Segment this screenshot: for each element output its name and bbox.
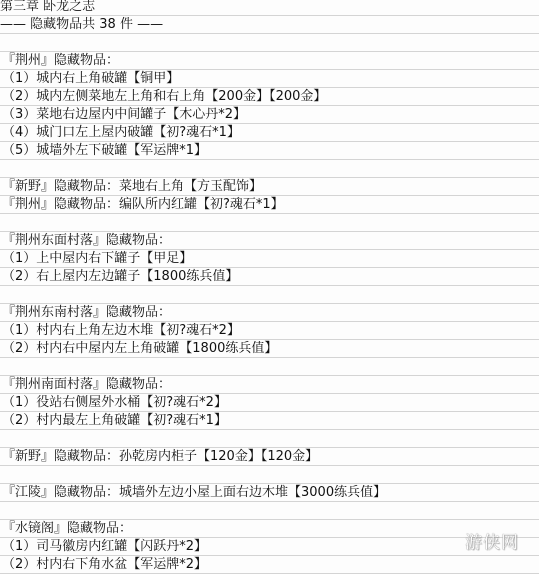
blank-row [0,430,539,448]
list-item: （3）菜地右边屋内中间罐子【木心丹*2】 [0,106,539,124]
section-heading-jingzhou-southeast-village: 『荆州东南村落』隐藏物品： [0,304,539,322]
section-heading-jingzhou-south-village: 『荆州南面村落』隐藏物品： [0,376,539,394]
blank-row [0,34,539,52]
watermark-logo: 游侠网 [465,528,519,553]
list-item: （2）村内最左上角破罐【初?魂石*1】 [0,412,539,430]
blank-row [0,286,539,304]
list-item: （2）村内右中屋内左上角破罐【1800练兵值】 [0,340,539,358]
list-item: （1）役站右侧屋外水桶【初?魂石*2】 [0,394,539,412]
blank-row [0,466,539,484]
chapter-title: 第三章 卧龙之志 [0,0,539,16]
list-item: （5）城墙外左下破罐【军运牌*1】 [0,142,539,160]
item-count-heading: —— 隐藏物品共 38 件 —— [0,16,539,34]
section-heading-jingzhou-east-village: 『荆州东面村落』隐藏物品： [0,232,539,250]
section-heading-xinye: 『新野』隐藏物品：菜地右上角【方玉配饰】 [0,178,539,196]
list-item: （1）上中屋内右下罐子【甲足】 [0,250,539,268]
section-heading-shuijingge: 『水镜阁』隐藏物品： [0,520,539,538]
list-item: （2）右上屋内左边罐子【1800练兵值】 [0,268,539,286]
blank-row [0,358,539,376]
list-item: （1）城内右上角破罐【铜甲】 [0,70,539,88]
list-item: （1）村内右上角左边木堆【初?魂石*2】 [0,322,539,340]
blank-row [0,502,539,520]
section-heading-jingzhou-2: 『荆州』隐藏物品：编队所内红罐【初?魂石*1】 [0,196,539,214]
section-heading-xinye-2: 『新野』隐藏物品：孙乾房内柜子【120金】【120金】 [0,448,539,466]
blank-row [0,214,539,232]
list-item: （1）司马徽房内红罐【闪跃丹*2】 [0,538,539,556]
list-item: （2）城内左侧菜地左上角和右上角【200金】【200金】 [0,88,539,106]
blank-row [0,160,539,178]
list-item: （2）村内右下角水盆【军运牌*2】 [0,556,539,574]
section-heading-jiangling: 『江陵』隐藏物品：城墙外左边小屋上面右边木堆【3000练兵值】 [0,484,539,502]
section-heading-jingzhou: 『荆州』隐藏物品： [0,52,539,70]
list-item: （4）城门口左上屋内破罐【初?魂石*1】 [0,124,539,142]
document-sheet: 第三章 卧龙之志 —— 隐藏物品共 38 件 —— 『荆州』隐藏物品： （1）城… [0,0,539,574]
